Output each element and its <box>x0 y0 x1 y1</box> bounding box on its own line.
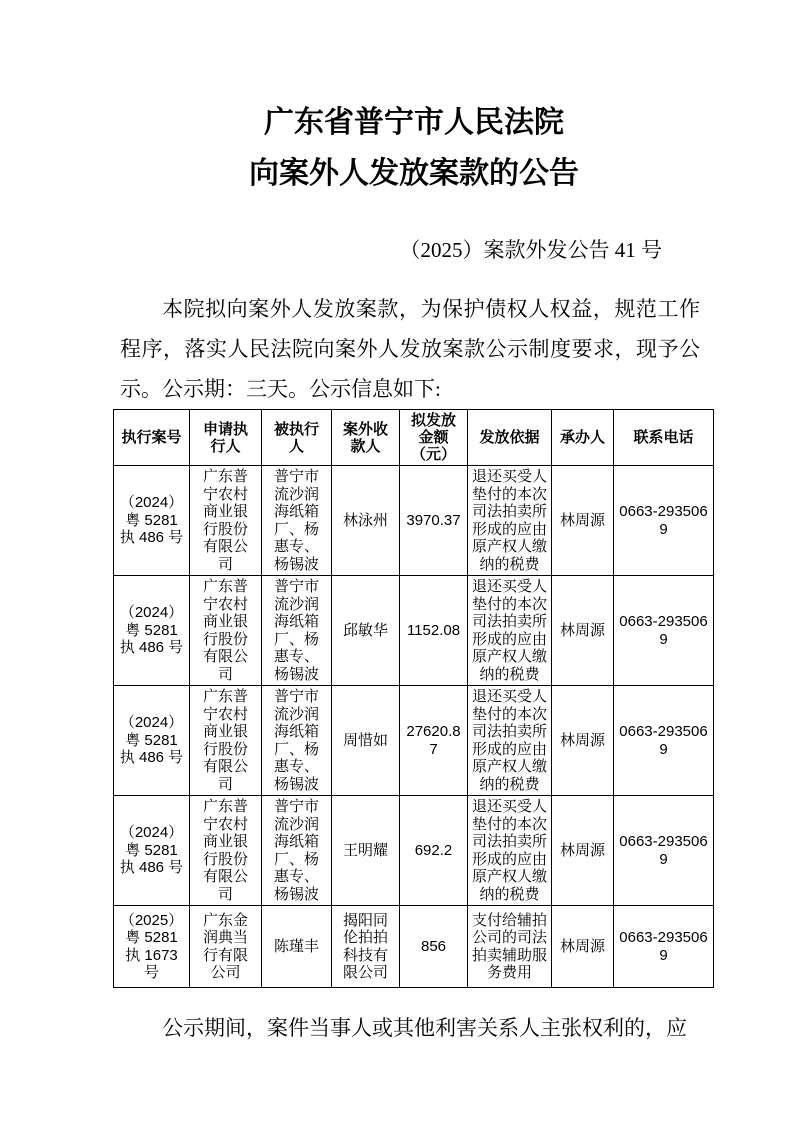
cell-payee: 邱敏华 <box>332 576 400 686</box>
cell-case-number: （2024）粤 5281 执 486 号 <box>114 796 190 906</box>
cell-amount: 1152.08 <box>400 576 468 686</box>
table-row: （2025）粤 5281 执 1673 号广东金润典当行有限公司陈瑾丰揭阳同伦拍… <box>114 906 714 988</box>
cell-amount: 856 <box>400 906 468 988</box>
table-header-row: 执行案号申请执行人被执行人案外收款人拟发放金额（元）发放依据承办人联系电话 <box>114 410 714 466</box>
cell-phone: 0663-2935069 <box>614 576 714 686</box>
announcement-page: 广东省普宁市人民法院 向案外人发放案款的公告 （2025）案款外发公告 41 号… <box>0 0 793 1122</box>
cell-case-number: （2024）粤 5281 执 486 号 <box>114 576 190 686</box>
cell-phone: 0663-2935069 <box>614 686 714 796</box>
cell-applicant: 广东金润典当行有限公司 <box>190 906 262 988</box>
cell-respondent: 普宁市流沙润海纸箱厂、杨惠专、杨锡波 <box>262 466 332 576</box>
cell-phone: 0663-2935069 <box>614 906 714 988</box>
cell-applicant: 广东普宁农村商业银行股份有限公司 <box>190 796 262 906</box>
cell-respondent: 普宁市流沙润海纸箱厂、杨惠专、杨锡波 <box>262 686 332 796</box>
cell-applicant: 广东普宁农村商业银行股份有限公司 <box>190 576 262 686</box>
announcement-title: 向案外人发放案款的公告 <box>120 148 708 199</box>
document-number: （2025）案款外发公告 41 号 <box>120 235 708 265</box>
cell-amount: 27620.87 <box>400 686 468 796</box>
table-row: （2024）粤 5281 执 486 号广东普宁农村商业银行股份有限公司普宁市流… <box>114 686 714 796</box>
column-header-payee: 案外收款人 <box>332 410 400 466</box>
column-header-respondent: 被执行人 <box>262 410 332 466</box>
court-title: 广东省普宁市人民法院 <box>120 97 708 148</box>
cell-case-number: （2024）粤 5281 执 486 号 <box>114 466 190 576</box>
column-header-phone: 联系电话 <box>614 410 714 466</box>
cell-basis: 支付给辅拍公司的司法拍卖辅助服务费用 <box>468 906 552 988</box>
cell-basis: 退还买受人垫付的本次司法拍卖所形成的应由原产权人缴纳的税费 <box>468 686 552 796</box>
cell-applicant: 广东普宁农村商业银行股份有限公司 <box>190 466 262 576</box>
cell-handler: 林周源 <box>552 686 614 796</box>
cell-amount: 692.2 <box>400 796 468 906</box>
column-header-basis: 发放依据 <box>468 410 552 466</box>
cell-respondent: 普宁市流沙润海纸箱厂、杨惠专、杨锡波 <box>262 576 332 686</box>
cell-handler: 林周源 <box>552 906 614 988</box>
column-header-case-number: 执行案号 <box>114 410 190 466</box>
column-header-applicant: 申请执行人 <box>190 410 262 466</box>
cell-payee: 林泳州 <box>332 466 400 576</box>
document-body: { "doc": { "title_line1": "广东省普宁市人民法院", … <box>0 0 793 1122</box>
cell-payee: 揭阳同伦拍拍科技有限公司 <box>332 906 400 988</box>
table-row: （2024）粤 5281 执 486 号广东普宁农村商业银行股份有限公司普宁市流… <box>114 576 714 686</box>
case-table-body: （2024）粤 5281 执 486 号广东普宁农村商业银行股份有限公司普宁市流… <box>114 466 714 988</box>
cell-payee: 周惜如 <box>332 686 400 796</box>
cell-basis: 退还买受人垫付的本次司法拍卖所形成的应由原产权人缴纳的税费 <box>468 466 552 576</box>
cell-handler: 林周源 <box>552 796 614 906</box>
cell-amount: 3970.37 <box>400 466 468 576</box>
cell-phone: 0663-2935069 <box>614 796 714 906</box>
cell-respondent: 普宁市流沙润海纸箱厂、杨惠专、杨锡波 <box>262 796 332 906</box>
cell-basis: 退还买受人垫付的本次司法拍卖所形成的应由原产权人缴纳的税费 <box>468 796 552 906</box>
cell-payee: 王明耀 <box>332 796 400 906</box>
case-funds-table: 执行案号申请执行人被执行人案外收款人拟发放金额（元）发放依据承办人联系电话 （2… <box>113 409 714 988</box>
cell-case-number: （2025）粤 5281 执 1673 号 <box>114 906 190 988</box>
cell-handler: 林周源 <box>552 576 614 686</box>
cell-basis: 退还买受人垫付的本次司法拍卖所形成的应由原产权人缴纳的税费 <box>468 576 552 686</box>
intro-paragraph: 本院拟向案外人发放案款，为保护债权人权益，规范工作程序，落实人民法院向案外人发放… <box>120 289 700 409</box>
cell-applicant: 广东普宁农村商业银行股份有限公司 <box>190 686 262 796</box>
cell-handler: 林周源 <box>552 466 614 576</box>
column-header-amount: 拟发放金额（元） <box>400 410 468 466</box>
cell-phone: 0663-2935069 <box>614 466 714 576</box>
table-row: （2024）粤 5281 执 486 号广东普宁农村商业银行股份有限公司普宁市流… <box>114 466 714 576</box>
column-header-handler: 承办人 <box>552 410 614 466</box>
cell-case-number: （2024）粤 5281 执 486 号 <box>114 686 190 796</box>
table-row: （2024）粤 5281 执 486 号广东普宁农村商业银行股份有限公司普宁市流… <box>114 796 714 906</box>
closing-paragraph: 公示期间，案件当事人或其他利害关系人主张权利的，应 <box>120 1008 700 1048</box>
cell-respondent: 陈瑾丰 <box>262 906 332 988</box>
